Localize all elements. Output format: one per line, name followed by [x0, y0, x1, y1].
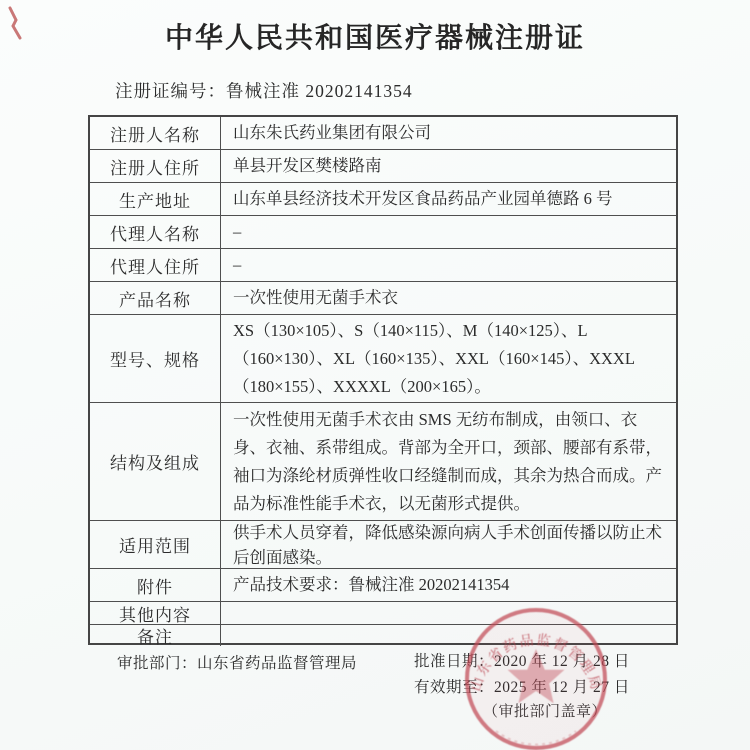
table-row: 代理人住所 – — [90, 249, 676, 282]
registration-number-label: 注册证编号： — [115, 81, 226, 101]
table-row: 备注 — [90, 625, 676, 646]
certificate-page: 中华人民共和国医疗器械注册证 注册证编号：鲁械注准 20202141354 注册… — [0, 0, 750, 750]
row-label: 结构及组成 — [90, 403, 221, 520]
table-row: 代理人名称 – — [90, 216, 676, 249]
row-label: 其他内容 — [90, 602, 221, 624]
row-value: 产品技术要求：鲁械注准 20202141354 — [221, 569, 676, 601]
row-value: 单县开发区樊楼路南 — [221, 150, 676, 182]
row-label: 产品名称 — [90, 282, 221, 314]
table-row: 型号、规格 XS（130×105）、S（140×115）、M（140×125）、… — [90, 315, 676, 403]
page-title: 中华人民共和国医疗器械注册证 — [0, 16, 750, 56]
row-value: 山东朱氏药业集团有限公司 — [221, 117, 676, 149]
row-label: 代理人名称 — [90, 216, 221, 248]
valid-until-date: 有效期至：2025 年 12 月 27 日 — [414, 675, 630, 697]
row-label: 备注 — [90, 625, 221, 646]
row-value: 山东单县经济技术开发区食品药品产业园单德路 6 号 — [221, 183, 676, 215]
row-value: 供手术人员穿着，降低感染源向病人手术创面传播以防止术后创面感染。 — [221, 521, 676, 568]
row-value: 一次性使用无菌手术衣 — [221, 282, 676, 314]
table-row: 产品名称 一次性使用无菌手术衣 — [90, 282, 676, 315]
approval-date: 批准日期：2020 年 12 月 28 日 — [414, 649, 630, 671]
row-label: 生产地址 — [90, 183, 221, 215]
row-label: 附件 — [90, 569, 221, 601]
seal-note: （审批部门盖章） — [483, 700, 607, 721]
row-value: XS（130×105）、S（140×115）、M（140×125）、L（160×… — [221, 315, 676, 402]
row-label: 代理人住所 — [90, 249, 221, 281]
row-value — [221, 625, 676, 646]
table-row: 结构及组成 一次性使用无菌手术衣由 SMS 无纺布制成，由领口、衣身、衣袖、系带… — [90, 403, 676, 521]
table-row: 适用范围 供手术人员穿着，降低感染源向病人手术创面传播以防止术后创面感染。 — [90, 521, 676, 569]
row-label: 注册人住所 — [90, 150, 221, 182]
row-value — [221, 602, 676, 624]
registration-number-value: 鲁械注准 20202141354 — [226, 81, 413, 101]
table-row: 注册人住所 单县开发区樊楼路南 — [90, 150, 676, 183]
approval-department: 审批部门：山东省药品监督管理局 — [117, 651, 357, 673]
registration-number-line: 注册证编号：鲁械注准 20202141354 — [115, 78, 413, 103]
row-value: 一次性使用无菌手术衣由 SMS 无纺布制成，由领口、衣身、衣袖、系带组成。背部为… — [221, 403, 676, 520]
row-label: 注册人名称 — [90, 117, 221, 149]
table-row: 附件 产品技术要求：鲁械注准 20202141354 — [90, 569, 676, 602]
row-value: – — [221, 216, 676, 248]
table-row: 生产地址 山东单县经济技术开发区食品药品产业园单德路 6 号 — [90, 183, 676, 216]
row-label: 适用范围 — [90, 521, 221, 568]
table-row: 注册人名称 山东朱氏药业集团有限公司 — [90, 117, 676, 150]
row-label: 型号、规格 — [90, 315, 221, 402]
row-value: – — [221, 249, 676, 281]
certificate-table: 注册人名称 山东朱氏药业集团有限公司 注册人住所 单县开发区樊楼路南 生产地址 … — [88, 115, 678, 645]
table-row: 其他内容 — [90, 602, 676, 625]
